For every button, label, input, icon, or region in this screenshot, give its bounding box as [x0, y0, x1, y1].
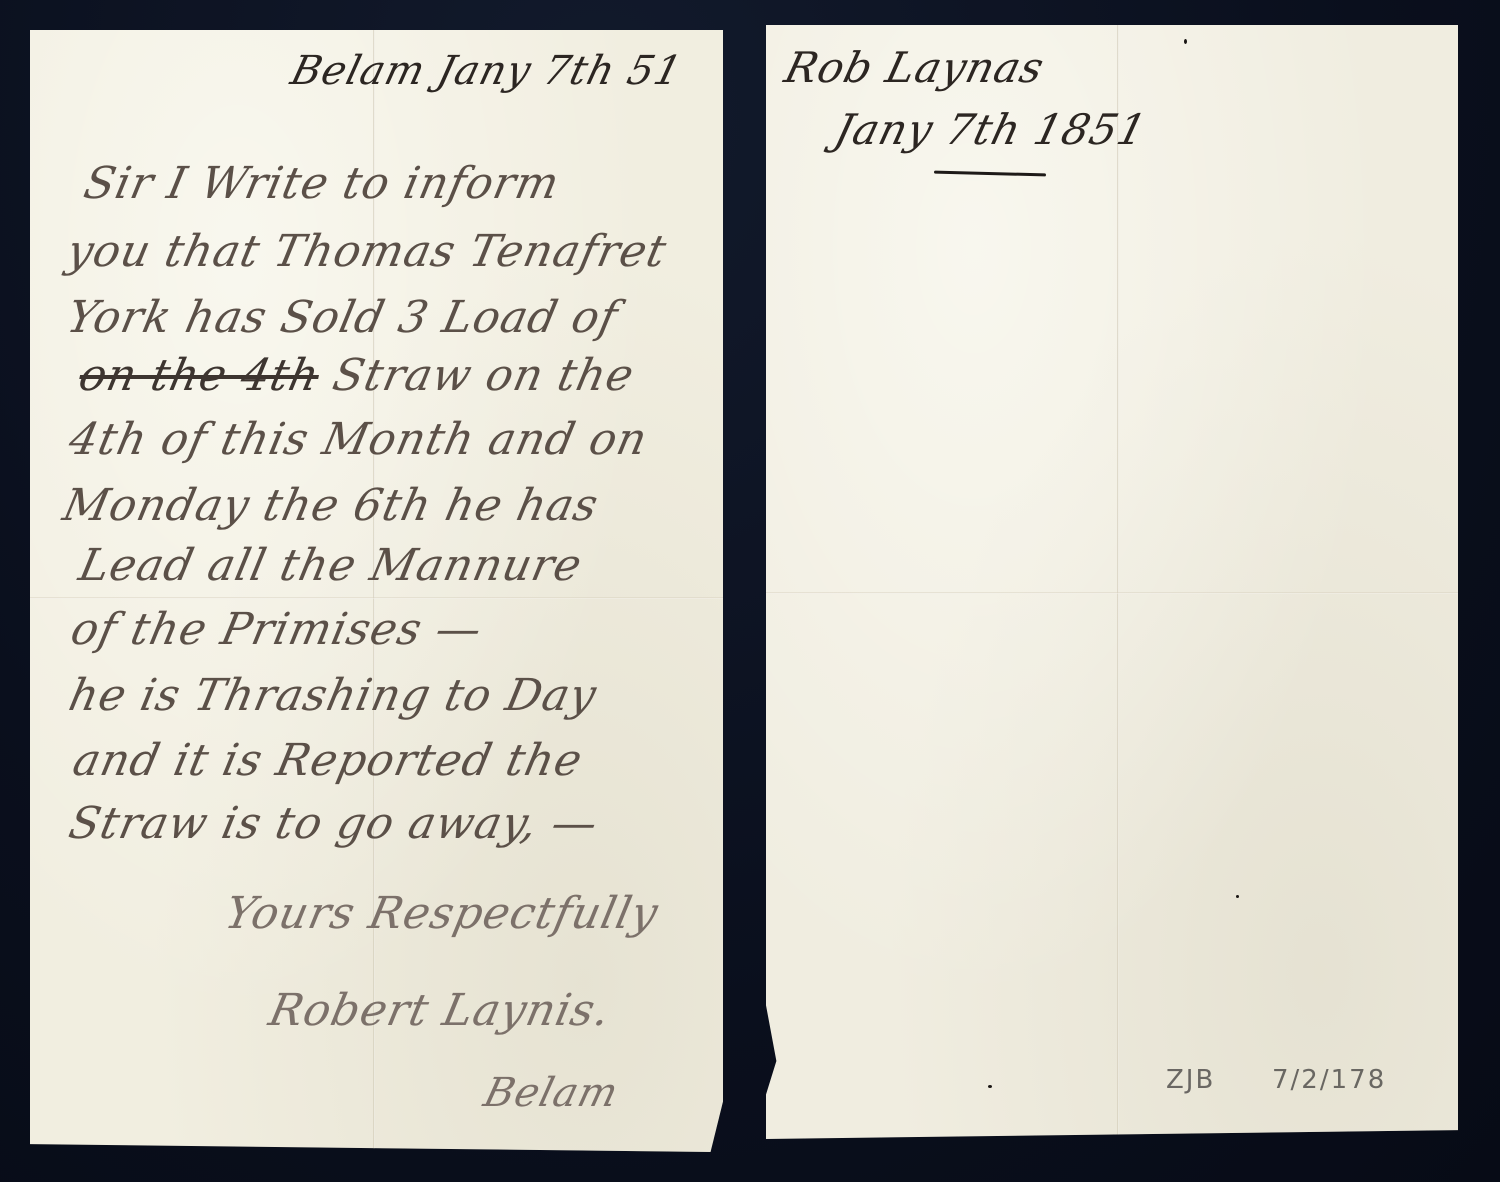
letter-line-1: Sir I Write to inform [80, 158, 565, 209]
letter-signature-place: Belam [479, 1070, 623, 1116]
fold-line-horizontal [30, 597, 723, 599]
letter-line-5: 4th of this Month and on [65, 414, 653, 465]
struck-through-text: on the 4th [75, 350, 325, 401]
letter-page-right: Rob Laynas Jany 7th 1851 ZJB 7/2/178 [766, 25, 1458, 1139]
ink-speck [1184, 39, 1187, 44]
archive-reference-initials: ZJB [1166, 1065, 1215, 1095]
letter-signature: Robert Laynis. [265, 985, 616, 1036]
letter-closing: Yours Respectfully [221, 888, 663, 939]
letter-line-8: of the Primises — [67, 604, 487, 655]
fold-line-horizontal [766, 592, 1458, 594]
ink-speck [988, 1085, 992, 1088]
letter-line-4: on the 4th Straw on the [75, 350, 639, 401]
letter-line-4-text: Straw on the [328, 350, 638, 401]
letter-heading-place-date: Belam Jany 7th 51 [286, 48, 687, 94]
date-underline-flourish [934, 171, 1046, 177]
archive-reference-number: 7/2/178 [1272, 1065, 1386, 1095]
letter-line-11: Straw is to go away, — [65, 798, 603, 849]
endorsement-name: Rob Laynas [780, 43, 1050, 92]
ink-speck [1236, 895, 1239, 898]
letter-line-7: Lead all the Mannure [75, 540, 587, 591]
fold-line-vertical [1117, 25, 1119, 1139]
letter-line-2: you that Thomas Tenafret [63, 226, 672, 277]
letter-line-10: and it is Reported the [69, 735, 588, 786]
letter-line-9: he is Thrashing to Day [65, 670, 602, 721]
letter-page-left: Belam Jany 7th 51 Sir I Write to inform … [30, 30, 723, 1152]
letter-line-6: Monday the 6th he has [59, 480, 604, 531]
endorsement-date: Jany 7th 1851 [830, 105, 1152, 154]
letter-line-3: York has Sold 3 Load of [63, 292, 623, 343]
